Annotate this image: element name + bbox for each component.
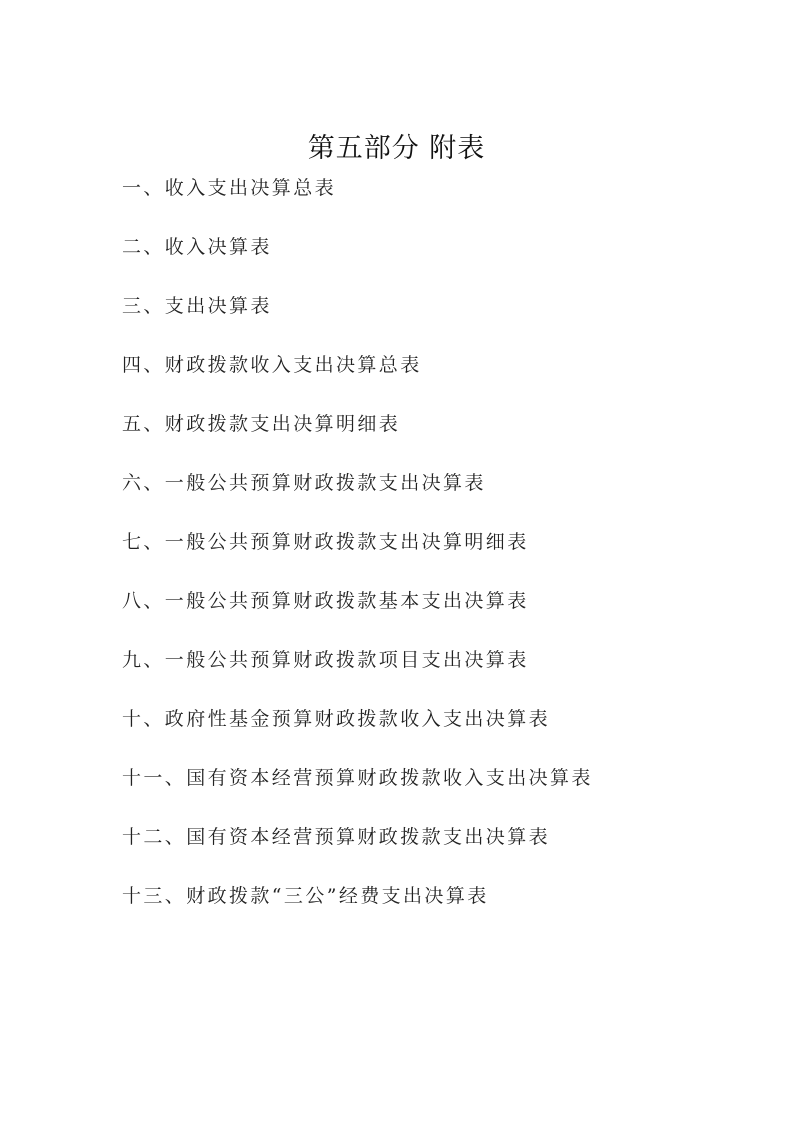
list-item: 十二、国有资本经营预算财政拨款支出决算表 bbox=[122, 823, 593, 882]
list-item: 十三、财政拨款“三公”经费支出决算表 bbox=[122, 882, 593, 941]
list-item: 二、收入决算表 bbox=[122, 233, 593, 292]
list-item: 四、财政拨款收入支出决算总表 bbox=[122, 351, 593, 410]
list-item: 九、一般公共预算财政拨款项目支出决算表 bbox=[122, 646, 593, 705]
list-item: 七、一般公共预算财政拨款支出决算明细表 bbox=[122, 528, 593, 587]
page-title: 第五部分 附表 bbox=[0, 131, 793, 167]
list-item: 八、一般公共预算财政拨款基本支出决算表 bbox=[122, 587, 593, 646]
list-item: 三、支出决算表 bbox=[122, 292, 593, 351]
list-item: 十、政府性基金预算财政拨款收入支出决算表 bbox=[122, 705, 593, 764]
list-item: 六、一般公共预算财政拨款支出决算表 bbox=[122, 469, 593, 528]
list-item: 十一、国有资本经营预算财政拨款收入支出决算表 bbox=[122, 764, 593, 823]
list-item: 五、财政拨款支出决算明细表 bbox=[122, 410, 593, 469]
list-item: 一、收入支出决算总表 bbox=[122, 174, 593, 233]
appendix-table-list: 一、收入支出决算总表 二、收入决算表 三、支出决算表 四、财政拨款收入支出决算总… bbox=[122, 174, 593, 941]
